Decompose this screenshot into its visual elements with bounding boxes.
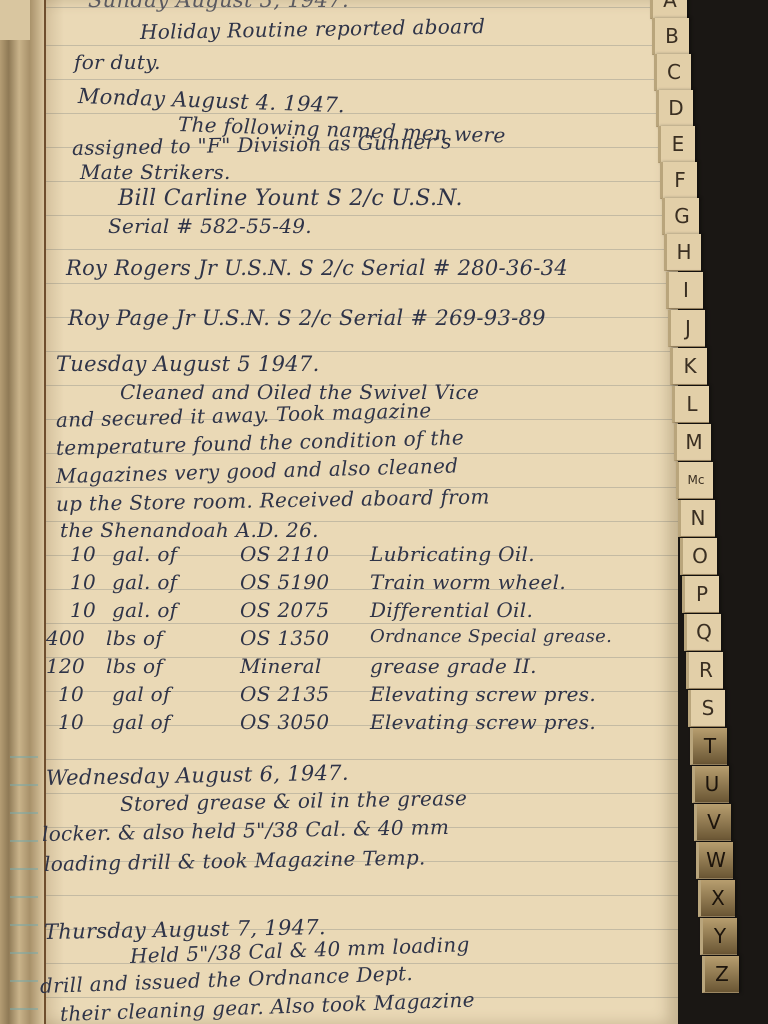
item-code: OS 5190: [240, 570, 329, 594]
index-tab-z[interactable]: Z: [702, 956, 739, 993]
item-code: OS 2135: [240, 682, 329, 706]
index-tab-i[interactable]: I: [666, 272, 703, 309]
index-tab-u[interactable]: U: [692, 766, 729, 803]
index-tab-q[interactable]: Q: [684, 614, 721, 651]
entry-line: Roy Page Jr U.S.N. S 2/c Serial # 269-93…: [68, 306, 546, 330]
item-desc: Lubricating Oil.: [370, 542, 535, 566]
book-binding: [0, 0, 48, 1024]
index-tab-e[interactable]: E: [658, 126, 695, 163]
entry-line: Mate Strikers.: [80, 160, 231, 184]
index-tab-a[interactable]: A: [650, 0, 687, 19]
index-tab-v[interactable]: V: [694, 804, 731, 841]
underlying-page-rules: [10, 730, 38, 1024]
index-tab-f[interactable]: F: [660, 162, 697, 199]
item-qty: 10: [58, 682, 84, 706]
entry-line: Bill Carline Yount S 2/c U.S.N.: [118, 186, 463, 211]
index-tab-l[interactable]: L: [672, 386, 709, 423]
item-desc: Elevating screw pres.: [370, 710, 596, 734]
item-desc: Differential Oil.: [370, 598, 533, 622]
entry-date: Tuesday August 5 1947.: [56, 352, 320, 376]
index-tab-r[interactable]: R: [686, 652, 723, 689]
item-desc: Ordnance Special grease.: [370, 626, 612, 647]
index-tab-s[interactable]: S: [688, 690, 725, 727]
index-tab-w[interactable]: W: [696, 842, 733, 879]
entry-line: the Shenandoah A.D. 26.: [60, 518, 319, 542]
item-desc: Train worm wheel.: [370, 570, 566, 594]
entry-line: Roy Rogers Jr U.S.N. S 2/c Serial # 280-…: [66, 256, 568, 280]
item-code: Mineral: [240, 654, 322, 678]
index-tab-j[interactable]: J: [668, 310, 705, 347]
index-tab-n[interactable]: N: [678, 500, 715, 537]
index-tab-k[interactable]: K: [670, 348, 707, 385]
previous-page-edge: [0, 0, 30, 40]
item-desc: grease grade II.: [370, 654, 537, 678]
item-code: OS 2110: [240, 542, 329, 566]
index-tab-d[interactable]: D: [656, 90, 693, 127]
index-tab-m[interactable]: M: [674, 424, 711, 461]
entry-line: for duty.: [74, 50, 161, 74]
entry-line: Serial # 582-55-49.: [108, 214, 312, 238]
index-tab-h[interactable]: H: [664, 234, 701, 271]
index-tab-b[interactable]: B: [652, 18, 689, 55]
alphabet-index-tabs: A B C D E F G H I J K L M Mc N O P Q R S…: [640, 0, 710, 1024]
index-tab-c[interactable]: C: [654, 54, 691, 91]
item-qty: 10: [70, 598, 96, 622]
item-qty: 10: [70, 570, 96, 594]
index-tab-x[interactable]: X: [698, 880, 735, 917]
index-tab-t[interactable]: T: [690, 728, 727, 765]
index-tab-mc[interactable]: Mc: [676, 462, 713, 499]
item-code: OS 2075: [240, 598, 329, 622]
item-desc: Elevating screw pres.: [370, 682, 596, 706]
item-unit: lbs of: [106, 654, 163, 678]
index-tab-y[interactable]: Y: [700, 918, 737, 955]
item-code: OS 3050: [240, 710, 329, 734]
item-qty: 10: [70, 542, 96, 566]
item-qty: 400: [46, 626, 85, 650]
item-qty: 120: [46, 654, 85, 678]
item-unit: gal. of: [112, 570, 177, 594]
item-unit: gal of: [112, 682, 171, 706]
index-tab-g[interactable]: G: [662, 198, 699, 235]
item-unit: gal. of: [112, 598, 177, 622]
item-qty: 10: [58, 710, 84, 734]
item-unit: gal. of: [112, 542, 177, 566]
index-tab-p[interactable]: P: [682, 576, 719, 613]
item-unit: lbs of: [106, 626, 163, 650]
item-unit: gal of: [112, 710, 171, 734]
entry-date: Sunday August 3, 1947.: [88, 0, 349, 12]
index-tab-o[interactable]: O: [680, 538, 717, 575]
item-code: OS 1350: [240, 626, 329, 650]
